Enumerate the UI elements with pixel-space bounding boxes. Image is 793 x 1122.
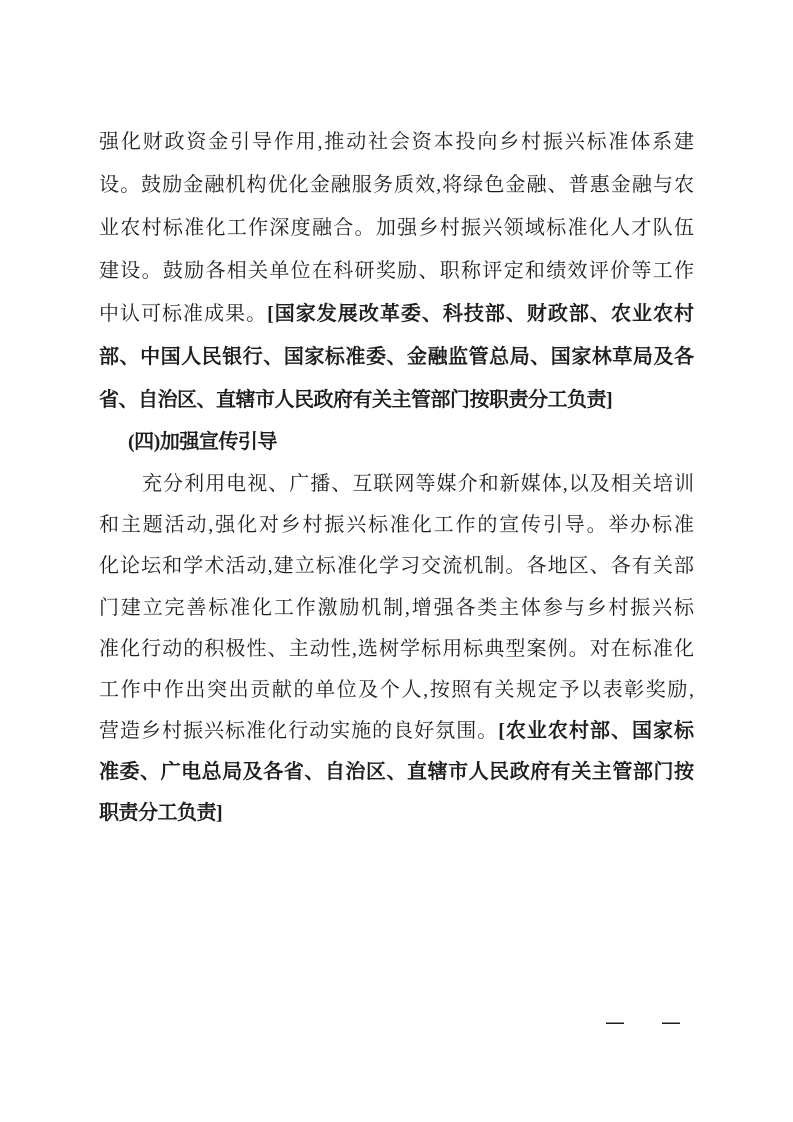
responsibility-bold-text: [农业农村部、国家标 xyxy=(498,720,694,742)
document-page: 强化财政资金引导作用,推动社会资本投向乡村振兴标准体系建 设。鼓励金融机构优化金… xyxy=(0,0,793,1122)
body-text: 充分利用电视、广播、互联网等媒介和新媒体,以及相关培训 xyxy=(142,473,694,495)
responsibility-bold-text: [国家发展改革委、科技部、财政部、农业农村 xyxy=(267,303,694,325)
body-text: 设。鼓励金融机构优化金融服务质效,将绿色金融、普惠金融与农 xyxy=(99,174,694,196)
body-text: 门建立完善标准化工作激励机制,增强各类主体参与乡村振兴标 xyxy=(99,597,694,619)
body-line: 门建立完善标准化工作激励机制,增强各类主体参与乡村振兴标 xyxy=(99,595,694,621)
body-text: 准化行动的积极性、主动性,选树学标用标典型案例。对在标准化 xyxy=(99,638,694,660)
body-text: 强化财政资金引导作用,推动社会资本投向乡村振兴标准体系建 xyxy=(99,131,694,153)
page-number-dash-right: — xyxy=(661,1012,681,1032)
body-text: 和主题活动,强化对乡村振兴标准化工作的宣传引导。举办标准 xyxy=(99,514,694,536)
page-body: 强化财政资金引导作用,推动社会资本投向乡村振兴标准体系建 设。鼓励金融机构优化金… xyxy=(99,0,694,1122)
body-line: 工作中作出突出贡献的单位及个人,按照有关规定予以表彰奖励, xyxy=(99,677,694,703)
body-line: 设。鼓励金融机构优化金融服务质效,将绿色金融、普惠金融与农 xyxy=(99,172,694,198)
page-number-dash-left: — xyxy=(605,1012,625,1032)
body-line: 营造乡村振兴标准化行动实施的良好氛围。[农业农村部、国家标 xyxy=(99,718,694,744)
body-line: 职责分工负责] xyxy=(99,800,694,826)
body-line: 和主题活动,强化对乡村振兴标准化工作的宣传引导。举办标准 xyxy=(99,512,694,538)
responsibility-bold-text: 准委、广电总局及各省、自治区、直辖市人民政府有关主管部门按 xyxy=(99,761,694,783)
body-text: 建设。鼓励各相关单位在科研奖励、职称评定和绩效评价等工作 xyxy=(99,260,694,282)
responsibility-bold-text: 省、自治区、直辖市人民政府有关主管部门按职责分工负责] xyxy=(99,389,612,411)
body-text: 业农村标准化工作深度融合。加强乡村振兴领域标准化人才队伍 xyxy=(99,217,694,239)
body-line: 充分利用电视、广播、互联网等媒介和新媒体,以及相关培训 xyxy=(99,471,694,497)
body-line: 省、自治区、直辖市人民政府有关主管部门按职责分工负责] xyxy=(99,387,694,413)
body-line: 准委、广电总局及各省、自治区、直辖市人民政府有关主管部门按 xyxy=(99,759,694,785)
body-line: 建设。鼓励各相关单位在科研奖励、职称评定和绩效评价等工作 xyxy=(99,258,694,284)
responsibility-bold-text: 职责分工负责] xyxy=(99,802,222,824)
body-line: 准化行动的积极性、主动性,选树学标用标典型案例。对在标准化 xyxy=(99,636,694,662)
body-text: 化论坛和学术活动,建立标准化学习交流机制。各地区、各有关部 xyxy=(99,555,694,577)
section-heading: (四)加强宣传引导 xyxy=(99,429,694,455)
body-text: 营造乡村振兴标准化行动实施的良好氛围。 xyxy=(99,720,498,742)
body-line: 业农村标准化工作深度融合。加强乡村振兴领域标准化人才队伍 xyxy=(99,215,694,241)
responsibility-bold-text: 部、中国人民银行、国家标准委、金融监管总局、国家林草局及各 xyxy=(99,346,694,368)
body-line: 部、中国人民银行、国家标准委、金融监管总局、国家林草局及各 xyxy=(99,344,694,370)
body-line: 化论坛和学术活动,建立标准化学习交流机制。各地区、各有关部 xyxy=(99,553,694,579)
body-line: 强化财政资金引导作用,推动社会资本投向乡村振兴标准体系建 xyxy=(99,129,694,155)
body-text: 工作中作出突出贡献的单位及个人,按照有关规定予以表彰奖励, xyxy=(99,679,694,701)
body-line: 中认可标准成果。[国家发展改革委、科技部、财政部、农业农村 xyxy=(99,301,694,327)
body-text: 中认可标准成果。 xyxy=(99,303,267,325)
